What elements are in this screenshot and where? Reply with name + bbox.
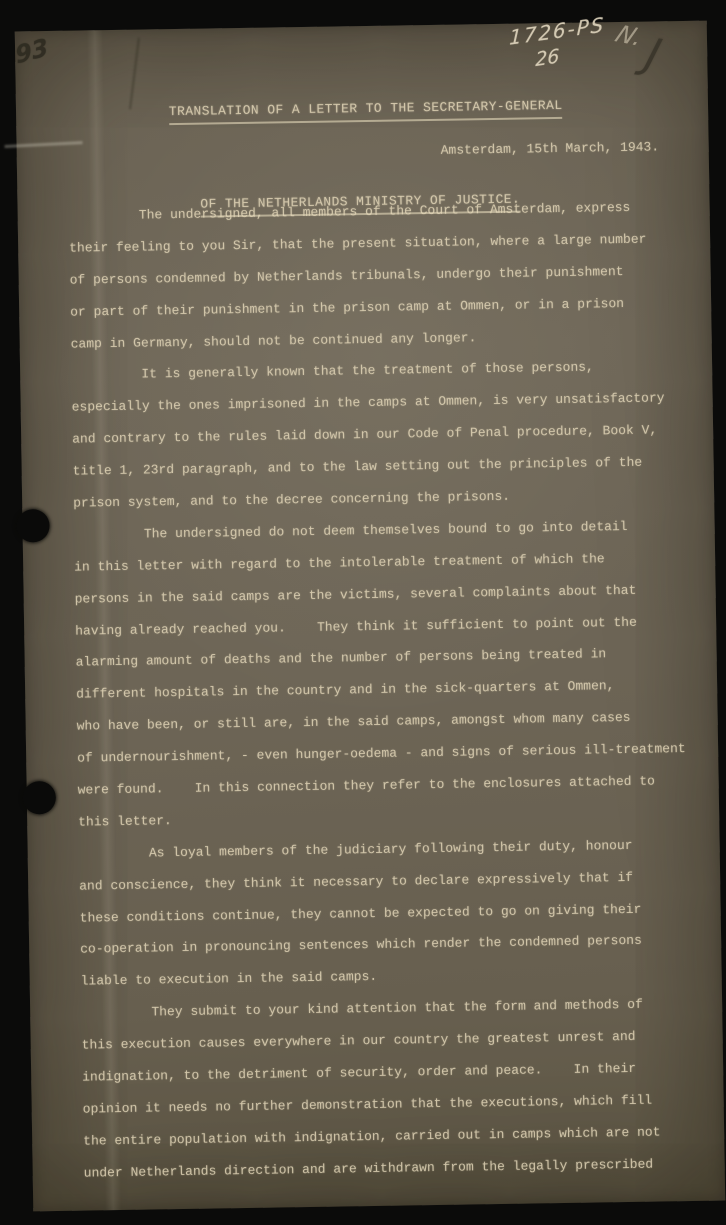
- handwritten-corner-mark: 93: [13, 33, 50, 69]
- document-title-line1: TRANSLATION OF A LETTER TO THE SECRETARY…: [169, 98, 563, 125]
- handwritten-document-number: 1726-PS: [509, 12, 606, 50]
- paper-edge-streak: [5, 141, 83, 148]
- dateline: Amsterdam, 15th March, 1943.: [441, 139, 660, 157]
- punch-hole-bottom: [23, 781, 57, 815]
- handwritten-flourish: N.: [611, 20, 648, 51]
- handwritten-initial: J: [640, 29, 666, 78]
- document-title-line1-row: TRANSLATION OF A LETTER TO THE SECRETARY…: [122, 83, 563, 141]
- letter-body: The undersigned, all members of the Cour…: [68, 191, 710, 1189]
- document-page: 93 1726-PS 26 N. J TRANSLATION OF A LETT…: [15, 21, 725, 1212]
- punch-hole-top: [16, 509, 50, 543]
